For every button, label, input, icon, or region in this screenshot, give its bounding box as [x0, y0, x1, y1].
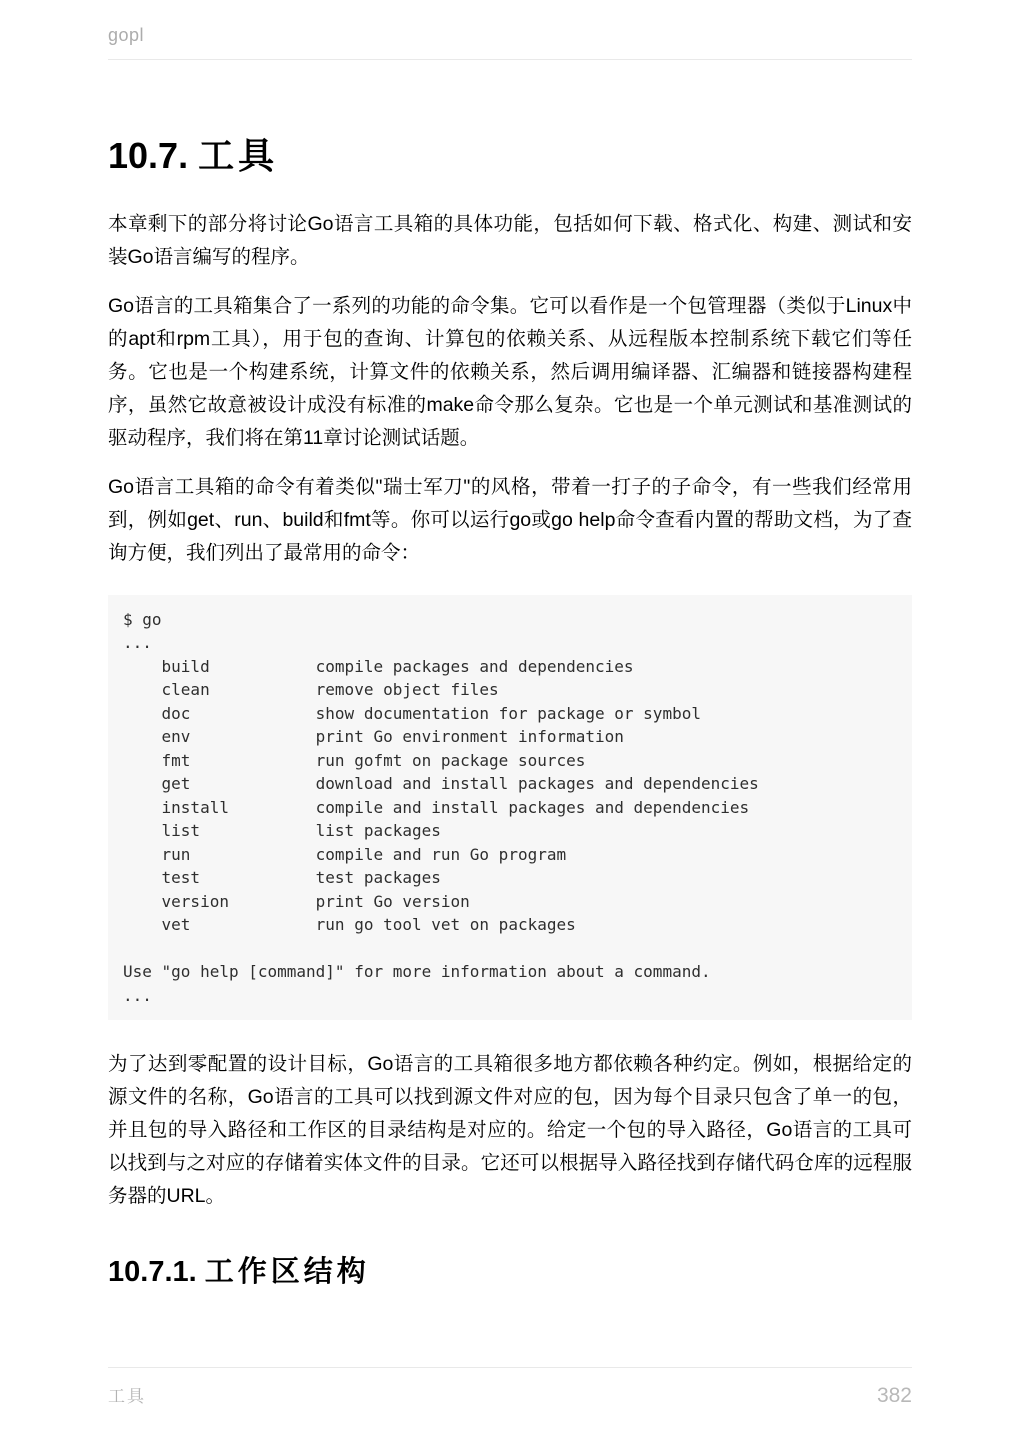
- page-footer: 工具 382: [108, 1367, 912, 1408]
- subsection-number: 10.7.1.: [108, 1256, 197, 1288]
- page-content: 10.7. 工具 本章剩下的部分将讨论Go语言工具箱的具体功能，包括如何下载、格…: [0, 136, 1019, 1289]
- page-header: gopl: [0, 0, 1019, 60]
- section-number: 10.7.: [108, 135, 188, 176]
- section-title: 工具: [198, 136, 278, 176]
- code-block-go-help-output: $ go ... build compile packages and depe…: [108, 595, 912, 1021]
- subsection-title: 工作区结构: [205, 1256, 370, 1288]
- site-title: gopl: [108, 25, 144, 45]
- footer-section-label: 工具: [108, 1382, 146, 1407]
- section-heading: 10.7. 工具: [108, 136, 912, 177]
- paragraph-subcommands: Go语言工具箱的命令有着类似"瑞士军刀"的风格，带着一打子的子命令，有一些我们经…: [108, 471, 912, 570]
- paragraph-conventions: 为了达到零配置的设计目标，Go语言的工具箱很多地方都依赖各种约定。例如，根据给定…: [108, 1048, 912, 1213]
- footer-row: 工具 382: [108, 1368, 912, 1408]
- page-number: 382: [877, 1384, 912, 1408]
- subsection-heading: 10.7.1. 工作区结构: [108, 1257, 912, 1289]
- paragraph-intro: 本章剩下的部分将讨论Go语言工具箱的具体功能，包括如何下载、格式化、构建、测试和…: [108, 208, 912, 274]
- document-page: gopl 10.7. 工具 本章剩下的部分将讨论Go语言工具箱的具体功能，包括如…: [0, 0, 1019, 1440]
- paragraph-toolbox-overview: Go语言的工具箱集合了一系列的功能的命令集。它可以看作是一个包管理器（类似于Li…: [108, 290, 912, 455]
- header-divider: [108, 59, 912, 60]
